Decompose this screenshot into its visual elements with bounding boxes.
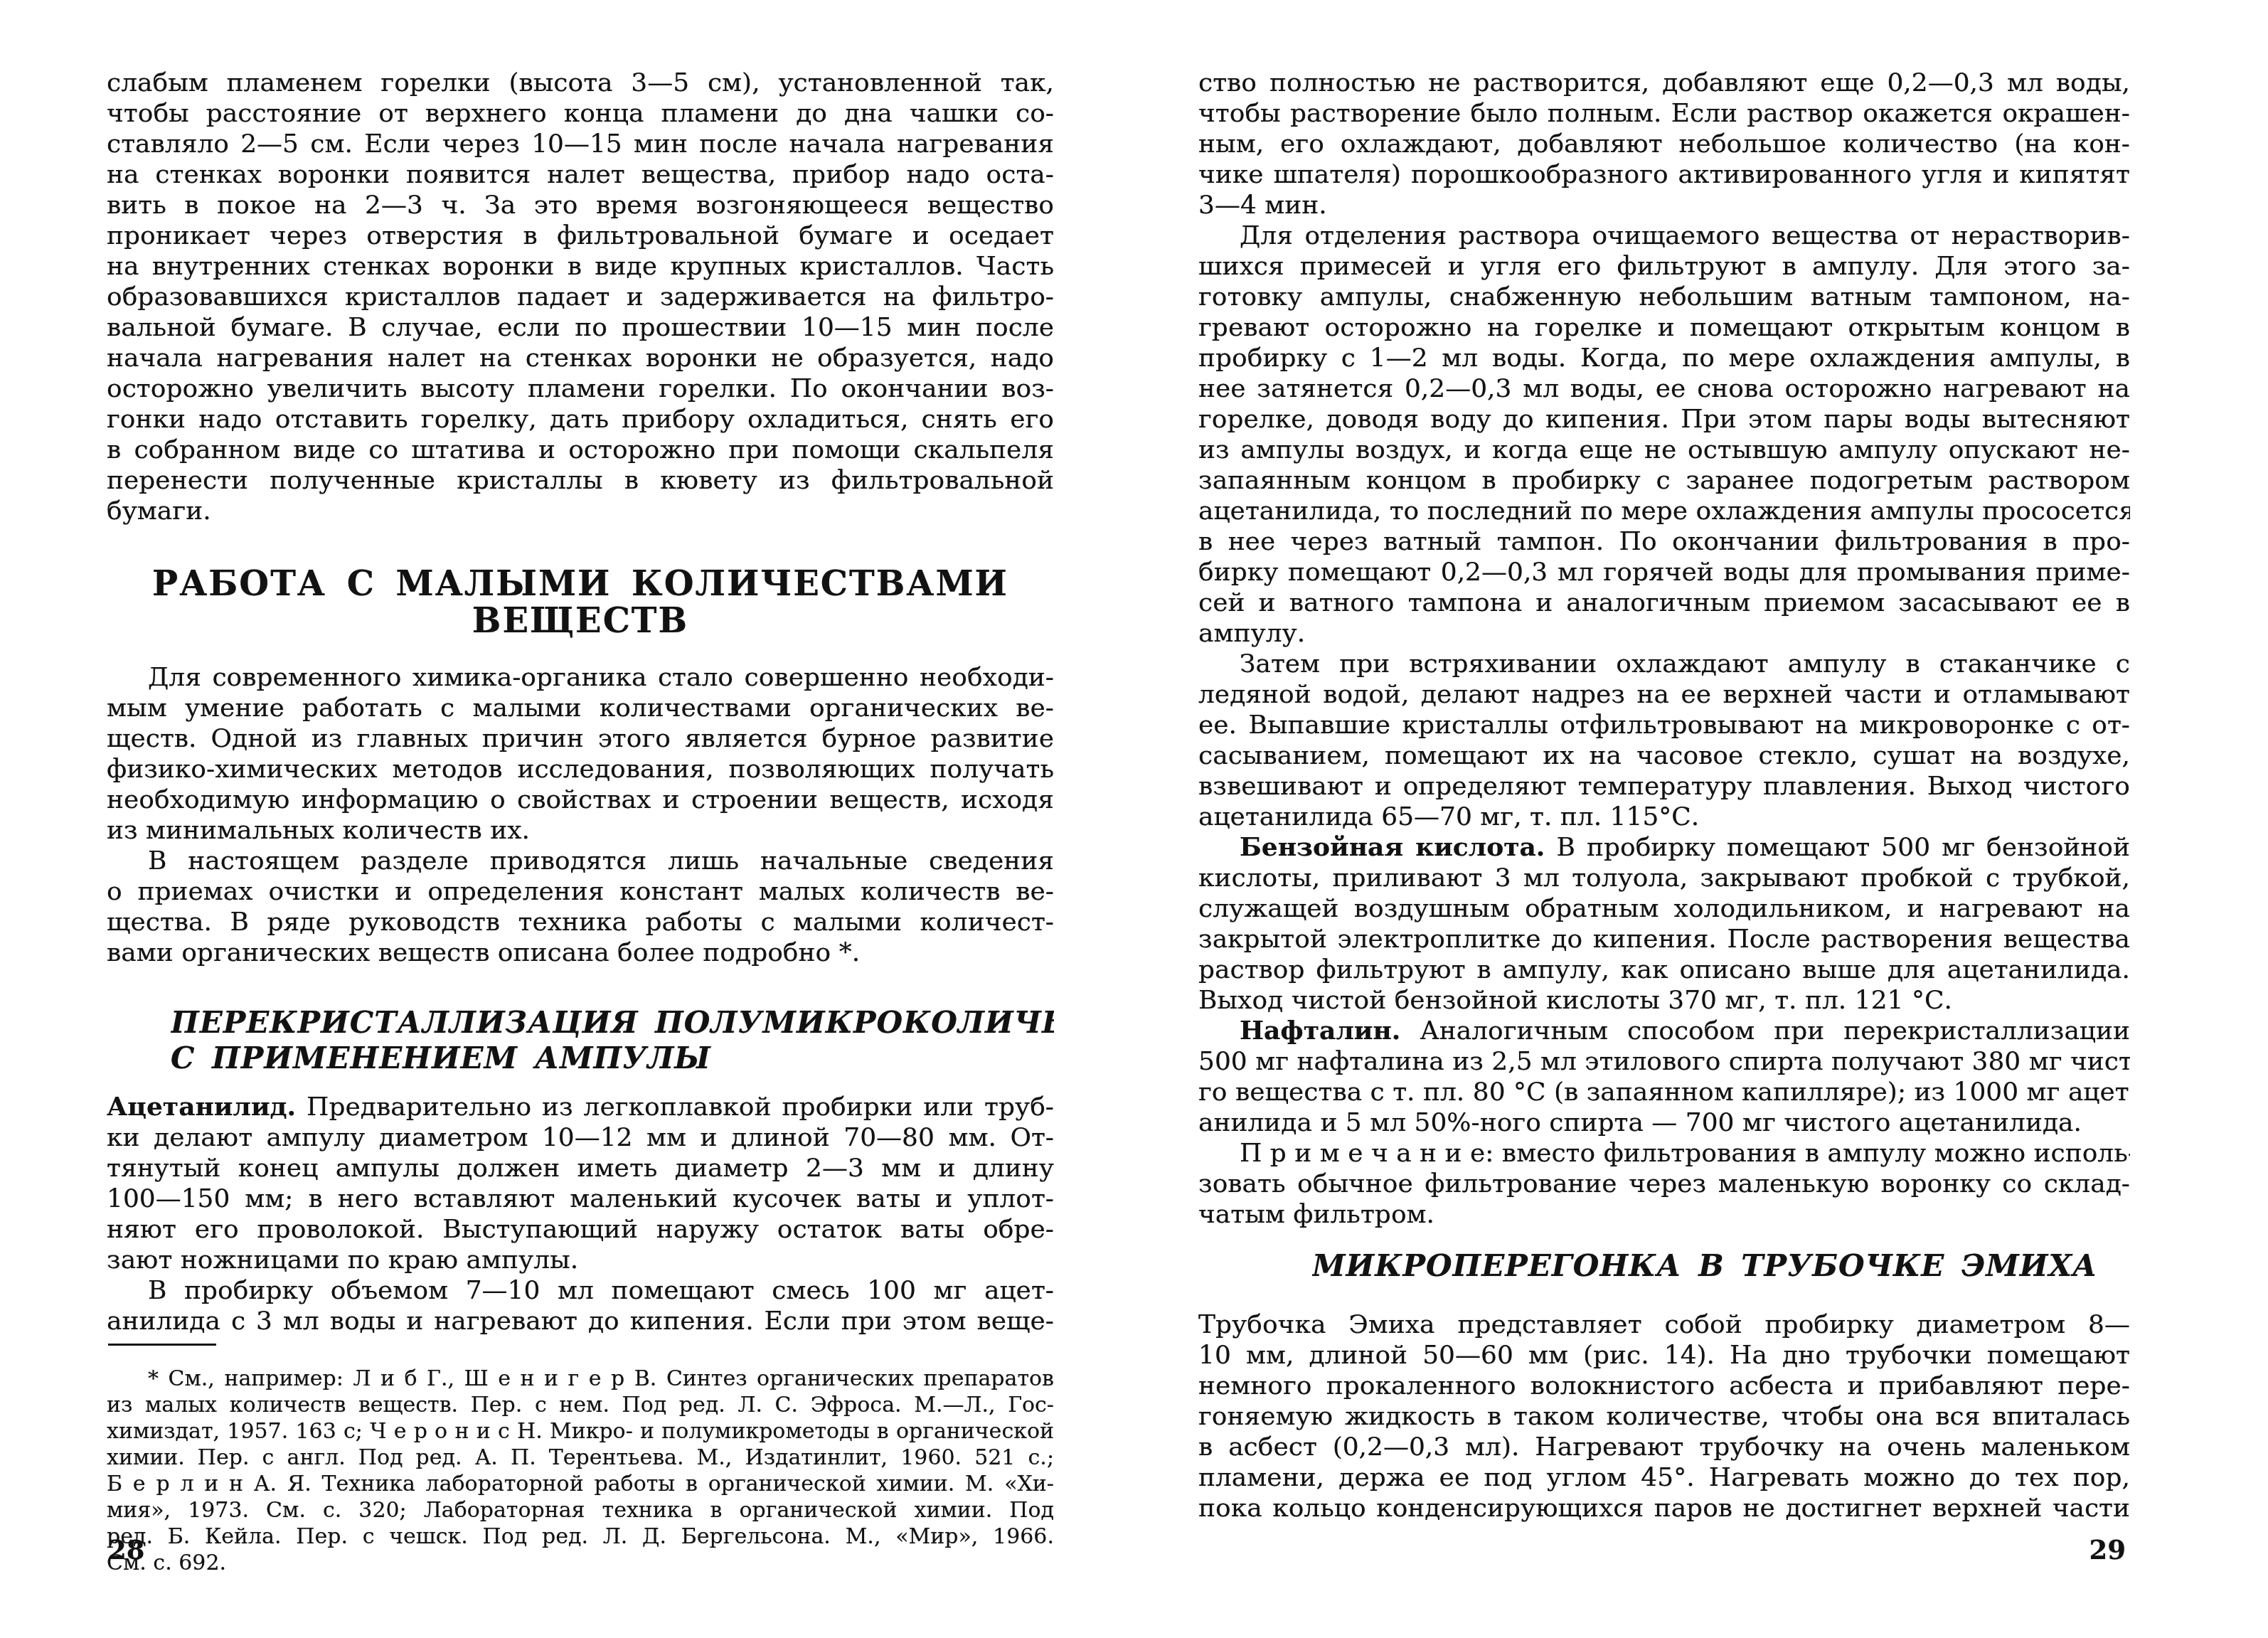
paragraph-test-tube: В пробирку объемом 7—10 мл помещают смес…	[107, 1275, 1054, 1336]
text-line: 3—4 мин.	[1198, 190, 2130, 220]
text-line: закрытой электроплитке до кипения. После…	[1198, 924, 2130, 954]
text-line: няют его проволокой. Выступающий наружу …	[107, 1214, 1054, 1245]
text-line: о приемах очистки и определения констант…	[107, 876, 1054, 907]
text-line: из ампулы воздух, и когда еще не остывшу…	[1198, 435, 2130, 465]
text-line: Выход чистой бензойной кислоты 370 мг, т…	[1198, 985, 2130, 1016]
text-line: го вещества с т. пл. 80 °С (в запаянном …	[1198, 1077, 2130, 1107]
subheading-recrystallization: ПЕРЕКРИСТАЛЛИЗАЦИЯ ПОЛУМИКРОКОЛИЧЕСТВС П…	[107, 1005, 1054, 1076]
text-line: пробирку с 1—2 мл воды. Когда, по мере о…	[1198, 343, 2130, 373]
text-line: нее затянется 0,2—0,3 мл воды, ее снова …	[1198, 373, 2130, 404]
text-line: готовку ампулы, снабженную небольшим ват…	[1198, 282, 2130, 312]
text-line: Б е р л и н А. Я. Техника лабораторной р…	[107, 1471, 1054, 1497]
text-line: ПЕРЕКРИСТАЛЛИЗАЦИЯ ПОЛУМИКРОКОЛИЧЕСТВ	[171, 1005, 1054, 1041]
text-line: 10 мм, длиной 50—60 мм (рис. 14). На дно…	[1198, 1340, 2130, 1371]
footnote-references: * См., например: Л и б Г., Ш е н и г е р…	[107, 1366, 1054, 1576]
paragraph-section-overview: В настоящем разделе приводятся лишь нача…	[107, 846, 1054, 968]
text-line: зают ножницами по краю ампулы.	[107, 1245, 1054, 1275]
text-line: ледяной водой, делают надрез на ее верхн…	[1198, 679, 2130, 710]
book-spread: слабым пламенем горелки (высота 3—5 см),…	[0, 0, 2268, 1638]
paragraph-intro-small-quantities: Для современного химика-органика стало с…	[107, 662, 1054, 846]
text-line: в собранном виде со штатива и осторожно …	[107, 435, 1054, 465]
text-line: чтобы расстояние от верхнего конца пламе…	[107, 98, 1054, 129]
text-line: на внутренних стенках воронки в виде кру…	[107, 251, 1054, 282]
text-line: ным, его охлаждают, добавляют небольшое …	[1198, 129, 2130, 159]
text-line: анилида с 3 мл воды и нагревают до кипен…	[107, 1306, 1054, 1336]
text-line: слабым пламенем горелки (высота 3—5 см),…	[107, 68, 1054, 98]
text-line: П р и м е ч а н и е: вместо фильтрования…	[1198, 1138, 2130, 1169]
paragraph-lead: Нафталин.	[1240, 1016, 1400, 1046]
text-line: Для отделения раствора очищаемого вещест…	[1198, 220, 2130, 251]
text-line: физико-химических методов исследования, …	[107, 754, 1054, 785]
text-line: Для современного химика-органика стало с…	[107, 662, 1054, 693]
text-line: начала нагревания налет на стенках ворон…	[107, 343, 1054, 373]
paragraph-lead: П р и м е ч а н и е:	[1240, 1139, 1494, 1168]
text-line: служащей воздушным обратным холодильнико…	[1198, 893, 2130, 924]
text-line: чатым фильтром.	[1198, 1199, 2130, 1230]
paragraph-note: П р и м е ч а н и е: вместо фильтрования…	[1198, 1138, 2130, 1230]
page-number-left: 28	[108, 1534, 145, 1565]
text-line: Бензойная кислота. В пробирку помещают 5…	[1198, 832, 2130, 863]
text-line: ред. Б. Кейла. Пер. с чешск. Под ред. Л.…	[107, 1523, 1054, 1550]
text-line: щества. В ряде руководств техника работы…	[107, 907, 1054, 937]
text-line: сасыванием, помещают их на часовое стекл…	[1198, 740, 2130, 771]
text-line: гоняемую жидкость в таком количестве, чт…	[1198, 1401, 2130, 1432]
paragraph-lead: Бензойная кислота.	[1240, 832, 1545, 862]
text-line: запаянным концом в пробирку с заранее по…	[1198, 465, 2130, 496]
text-line: тянутый конец ампулы должен иметь диамет…	[107, 1153, 1054, 1184]
text-line: горелке, доводя воду до кипения. При это…	[1198, 404, 2130, 435]
page-left: слабым пламенем горелки (высота 3—5 см),…	[107, 68, 1054, 1597]
subheading-microdistillation: МИКРОПЕРЕГОНКА В ТРУБОЧКЕ ЭМИХА	[1198, 1248, 2130, 1284]
paragraph-lead: Ацетанилид.	[107, 1092, 296, 1122]
text-line: гонки надо отставить горелку, дать прибо…	[107, 404, 1054, 435]
text-line: чике шпателя) порошкообразного активиров…	[1198, 159, 2130, 190]
text-line: мия», 1973. См. с. 320; Лабораторная тех…	[107, 1497, 1054, 1523]
text-line: В пробирку объемом 7—10 мл помещают смес…	[107, 1275, 1054, 1306]
paragraph-cooling-crystals: Затем при встряхивании охлаждают ампулу …	[1198, 649, 2130, 832]
text-line: Затем при встряхивании охлаждают ампулу …	[1198, 649, 2130, 679]
text-line: См. с. 692.	[107, 1550, 1054, 1576]
text-line: 500 мг нафталина из 2,5 мл этилового спи…	[1198, 1046, 2130, 1077]
text-line: ки делают ампулу диаметром 10—12 мм и дл…	[107, 1122, 1054, 1153]
text-line: осторожно увеличить высоту пламени горел…	[107, 373, 1054, 404]
text-line: чтобы растворение было полным. Если раст…	[1198, 98, 2130, 129]
text-line: Нафталин. Аналогичным способом при перек…	[1198, 1016, 2130, 1046]
text-line: необходимую информацию о свойствах и стр…	[107, 785, 1054, 815]
text-line: пламени, держа ее под углом 45°. Нагрева…	[1198, 1462, 2130, 1493]
text-line: зовать обычное фильтрование через малень…	[1198, 1169, 2130, 1199]
paragraph-filtration: Для отделения раствора очищаемого вещест…	[1198, 220, 2130, 649]
text-line: немного прокаленного волокнистого асбест…	[1198, 1371, 2130, 1401]
paragraph-acetanilide: Ацетанилид. Предварительно из легкоплавк…	[107, 1092, 1054, 1275]
text-line: В настоящем разделе приводятся лишь нача…	[107, 846, 1054, 876]
text-line: ществ. Одной из главных причин этого явл…	[107, 723, 1054, 754]
text-line: перенести полученные кристаллы в кювету …	[107, 465, 1054, 496]
text-line: мым умение работать с малыми количествам…	[107, 693, 1054, 723]
text-line: из минимальных количеств их.	[107, 815, 1054, 846]
text-line: гревают осторожно на горелке и помещают …	[1198, 312, 2130, 343]
paragraph-emich-tube: Трубочка Эмиха представляет собой пробир…	[1198, 1309, 2130, 1523]
text-line: ее. Выпавшие кристаллы отфильтровывают н…	[1198, 710, 2130, 740]
text-line: Ацетанилид. Предварительно из легкоплавк…	[107, 1092, 1054, 1122]
text-line: ампулу.	[1198, 618, 2130, 649]
paragraph-dissolving-continued: ство полностью не растворится, добавляют…	[1198, 68, 2130, 220]
text-line: сей и ватного тампона и аналогичным прие…	[1198, 587, 2130, 618]
text-line: кислоты, приливают 3 мл толуола, закрыва…	[1198, 863, 2130, 893]
text-line: анилида и 5 мл 50%-ного спирта — 700 мг …	[1198, 1107, 2130, 1138]
text-line: шихся примесей и угля его фильтруют в ам…	[1198, 251, 2130, 282]
text-line: ство полностью не растворится, добавляют…	[1198, 68, 2130, 98]
text-line: проникает через отверстия в фильтровальн…	[107, 220, 1054, 251]
text-line: образовавшихся кристаллов падает и задер…	[107, 282, 1054, 312]
text-line: 100—150 мм; в него вставляют маленький к…	[107, 1184, 1054, 1214]
text-line: ацетанилида 65—70 мг, т. пл. 115°С.	[1198, 802, 2130, 832]
text-line: взвешивают и определяют температуру плав…	[1198, 771, 2130, 802]
text-line: из малых количеств веществ. Пер. с нем. …	[107, 1392, 1054, 1418]
text-line: МИКРОПЕРЕГОНКА В ТРУБОЧКЕ ЭМИХА	[1312, 1248, 2130, 1284]
text-line: вальной бумаге. В случае, если по прошес…	[107, 312, 1054, 343]
paragraph-naphthalene: Нафталин. Аналогичным способом при перек…	[1198, 1016, 2130, 1138]
text-line: пока кольцо конденсирующихся паров не до…	[1198, 1493, 2130, 1523]
text-line: * См., например: Л и б Г., Ш е н и г е р…	[107, 1366, 1054, 1392]
footnote-rule	[108, 1344, 216, 1346]
text-line: химии. Пер. с англ. Под ред. А. П. Терен…	[107, 1445, 1054, 1471]
text-line: на стенках воронки появится налет вещест…	[107, 159, 1054, 190]
page-number-right: 29	[2089, 1534, 2126, 1565]
text-line: Трубочка Эмиха представляет собой пробир…	[1198, 1309, 2130, 1340]
text-line: С ПРИМЕНЕНИЕМ АМПУЛЫ	[171, 1041, 1054, 1076]
chapter-heading: РАБОТА С МАЛЫМИ КОЛИЧЕСТВАМИ ВЕЩЕСТВ	[107, 565, 1054, 639]
text-line: в асбест (0,2—0,3 мл). Нагревают трубочк…	[1198, 1432, 2130, 1462]
text-line: ацетанилида, то последний по мере охлажд…	[1198, 496, 2130, 526]
text-line: раствор фильтруют в ампулу, как описано …	[1198, 954, 2130, 985]
text-line: химиздат, 1957. 163 с; Ч е р о н и с Н. …	[107, 1418, 1054, 1445]
text-line: бирку помещают 0,2—0,3 мл горячей воды д…	[1198, 557, 2130, 587]
text-line: бумаги.	[107, 496, 1054, 526]
paragraph-sublimation-continued: слабым пламенем горелки (высота 3—5 см),…	[107, 68, 1054, 526]
text-line: вить в покое на 2—3 ч. За это время возг…	[107, 190, 1054, 220]
text-line: в нее через ватный тампон. По окончании …	[1198, 526, 2130, 557]
text-line: вами органических веществ описана более …	[107, 937, 1054, 968]
page-right: ство полностью не растворится, добавляют…	[1198, 68, 2130, 1597]
text-line: ставляло 2—5 см. Если через 10—15 мин по…	[107, 129, 1054, 159]
paragraph-benzoic-acid: Бензойная кислота. В пробирку помещают 5…	[1198, 832, 2130, 1016]
